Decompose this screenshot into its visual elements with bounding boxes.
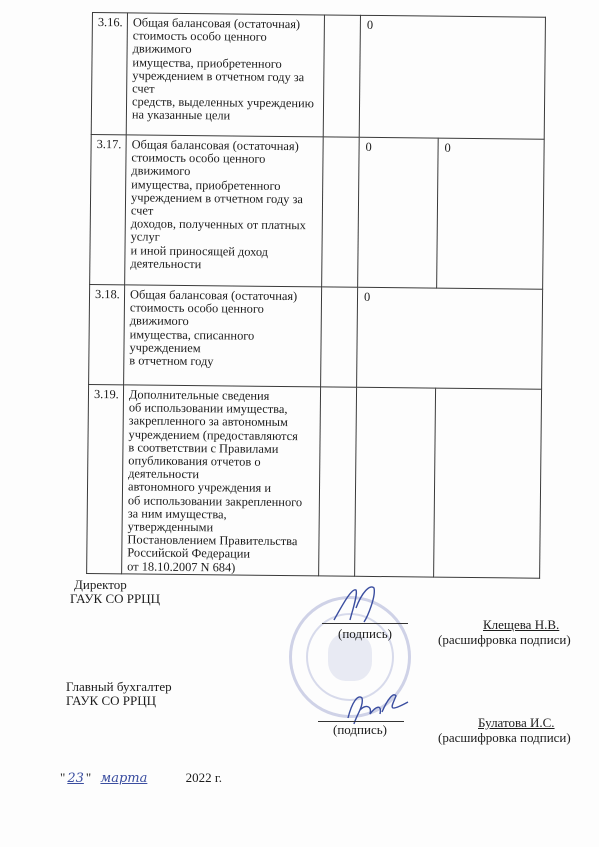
accountant-title: Главный бухгалтер: [66, 680, 172, 694]
table-row: 3.18. Общая балансовая (остаточная) стои…: [89, 284, 543, 389]
row-value: 0: [357, 287, 543, 389]
accountant-name-label: (расшифровка подписи): [438, 731, 571, 745]
row-value-1: [355, 387, 436, 577]
director-signature: [330, 582, 390, 626]
director-title: Директор: [74, 578, 127, 592]
row-number: 3.18.: [89, 284, 125, 384]
row-value-2: 0: [437, 138, 545, 289]
director-name-label: (расшифровка подписи): [438, 633, 571, 647]
accountant-org: ГАУК СО РРЦЦ: [66, 694, 156, 708]
row-value-2: [434, 388, 542, 578]
director-sign-line: [322, 623, 408, 624]
row-unit: [322, 137, 360, 287]
table-row: 3.16. Общая балансовая (остаточная) стои…: [91, 13, 545, 140]
row-description: Общая балансовая (остаточная) стоимость …: [126, 13, 324, 137]
document-date: "23" марта 2022 г.: [60, 770, 222, 786]
row-description: Общая балансовая (остаточная) стоимость …: [125, 135, 324, 287]
row-value: 0: [359, 15, 545, 139]
director-sign-label: (подпись): [338, 627, 392, 641]
table-row: 3.17. Общая балансовая (остаточная) стои…: [90, 134, 545, 289]
row-number: 3.16.: [91, 13, 127, 135]
table-row: 3.19. Дополнительные сведения об использ…: [87, 384, 542, 578]
date-year: 2022 г.: [186, 770, 222, 785]
row-unit: [323, 15, 360, 137]
row-number: 3.17.: [90, 134, 127, 284]
accountant-sign-label: (подпись): [333, 723, 387, 737]
director-org: ГАУК СО РРЦЦ: [70, 592, 160, 606]
row-description: Общая балансовая (остаточная) стоимость …: [124, 285, 322, 387]
accountant-name: Булатова И.С.: [478, 716, 555, 730]
date-month: марта: [100, 771, 182, 786]
date-day: 23: [65, 771, 86, 786]
property-table: 3.16. Общая балансовая (остаточная) стои…: [86, 12, 546, 579]
row-unit: [321, 287, 358, 387]
row-unit: [319, 387, 357, 576]
row-description: Дополнительные сведения об использовании…: [122, 385, 321, 576]
row-value-1: 0: [358, 137, 439, 288]
row-number: 3.19.: [87, 384, 124, 573]
director-name: Клещева Н.В.: [483, 618, 559, 632]
